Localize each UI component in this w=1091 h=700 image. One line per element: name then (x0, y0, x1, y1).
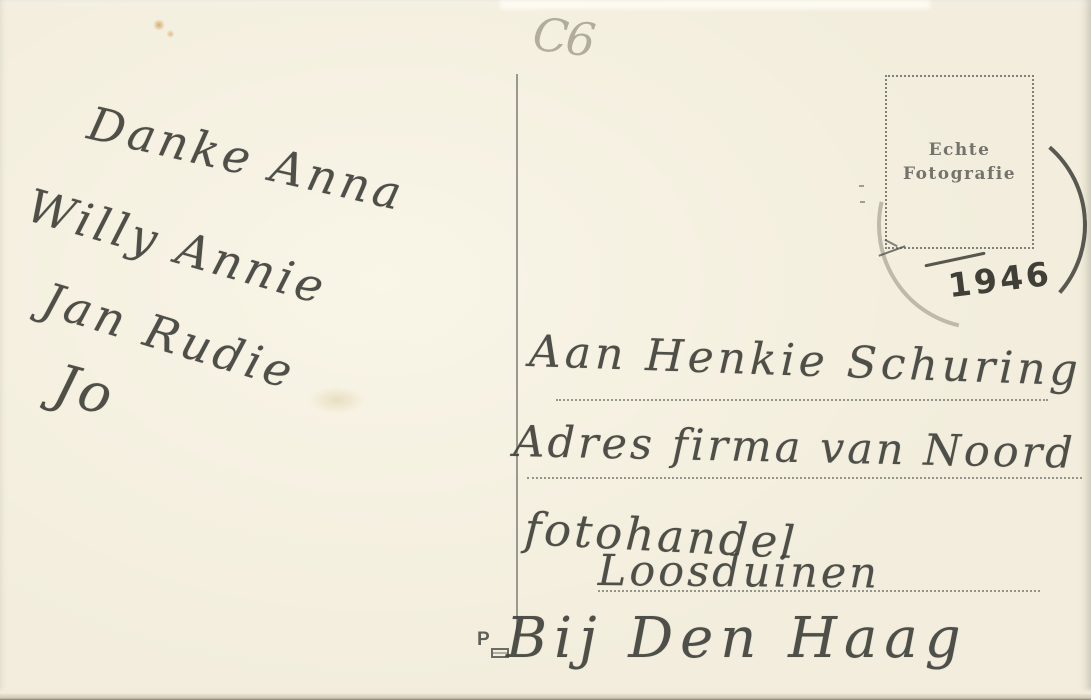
address-line: Bij Den Haag (506, 606, 968, 671)
address-rule (598, 590, 1040, 592)
card-top-edge-highlight (500, 0, 930, 9)
postcard-back: C6 P Echte Fotografie 1946 Danke Anna Wi… (0, 0, 1091, 700)
address-line: Aan Henkie Schuring (528, 326, 1082, 396)
pencil-tick (859, 185, 864, 187)
pencil-note: C6 (530, 7, 597, 68)
address-rule (556, 399, 1048, 401)
pencil-tick (860, 201, 865, 203)
divider-line (516, 74, 518, 640)
card-bottom-edge (0, 687, 1091, 700)
printer-mark-letter: P (477, 629, 490, 651)
address-line: Adres firma van Noord (513, 417, 1076, 479)
address-rule (527, 477, 1082, 479)
postmark-arc-faint (837, 80, 1091, 369)
paper-stain (308, 386, 366, 414)
rust-stain (166, 30, 175, 38)
message-line: Jo (48, 352, 122, 428)
message-line: Danke Anna (83, 96, 410, 221)
rust-stain (152, 20, 166, 30)
